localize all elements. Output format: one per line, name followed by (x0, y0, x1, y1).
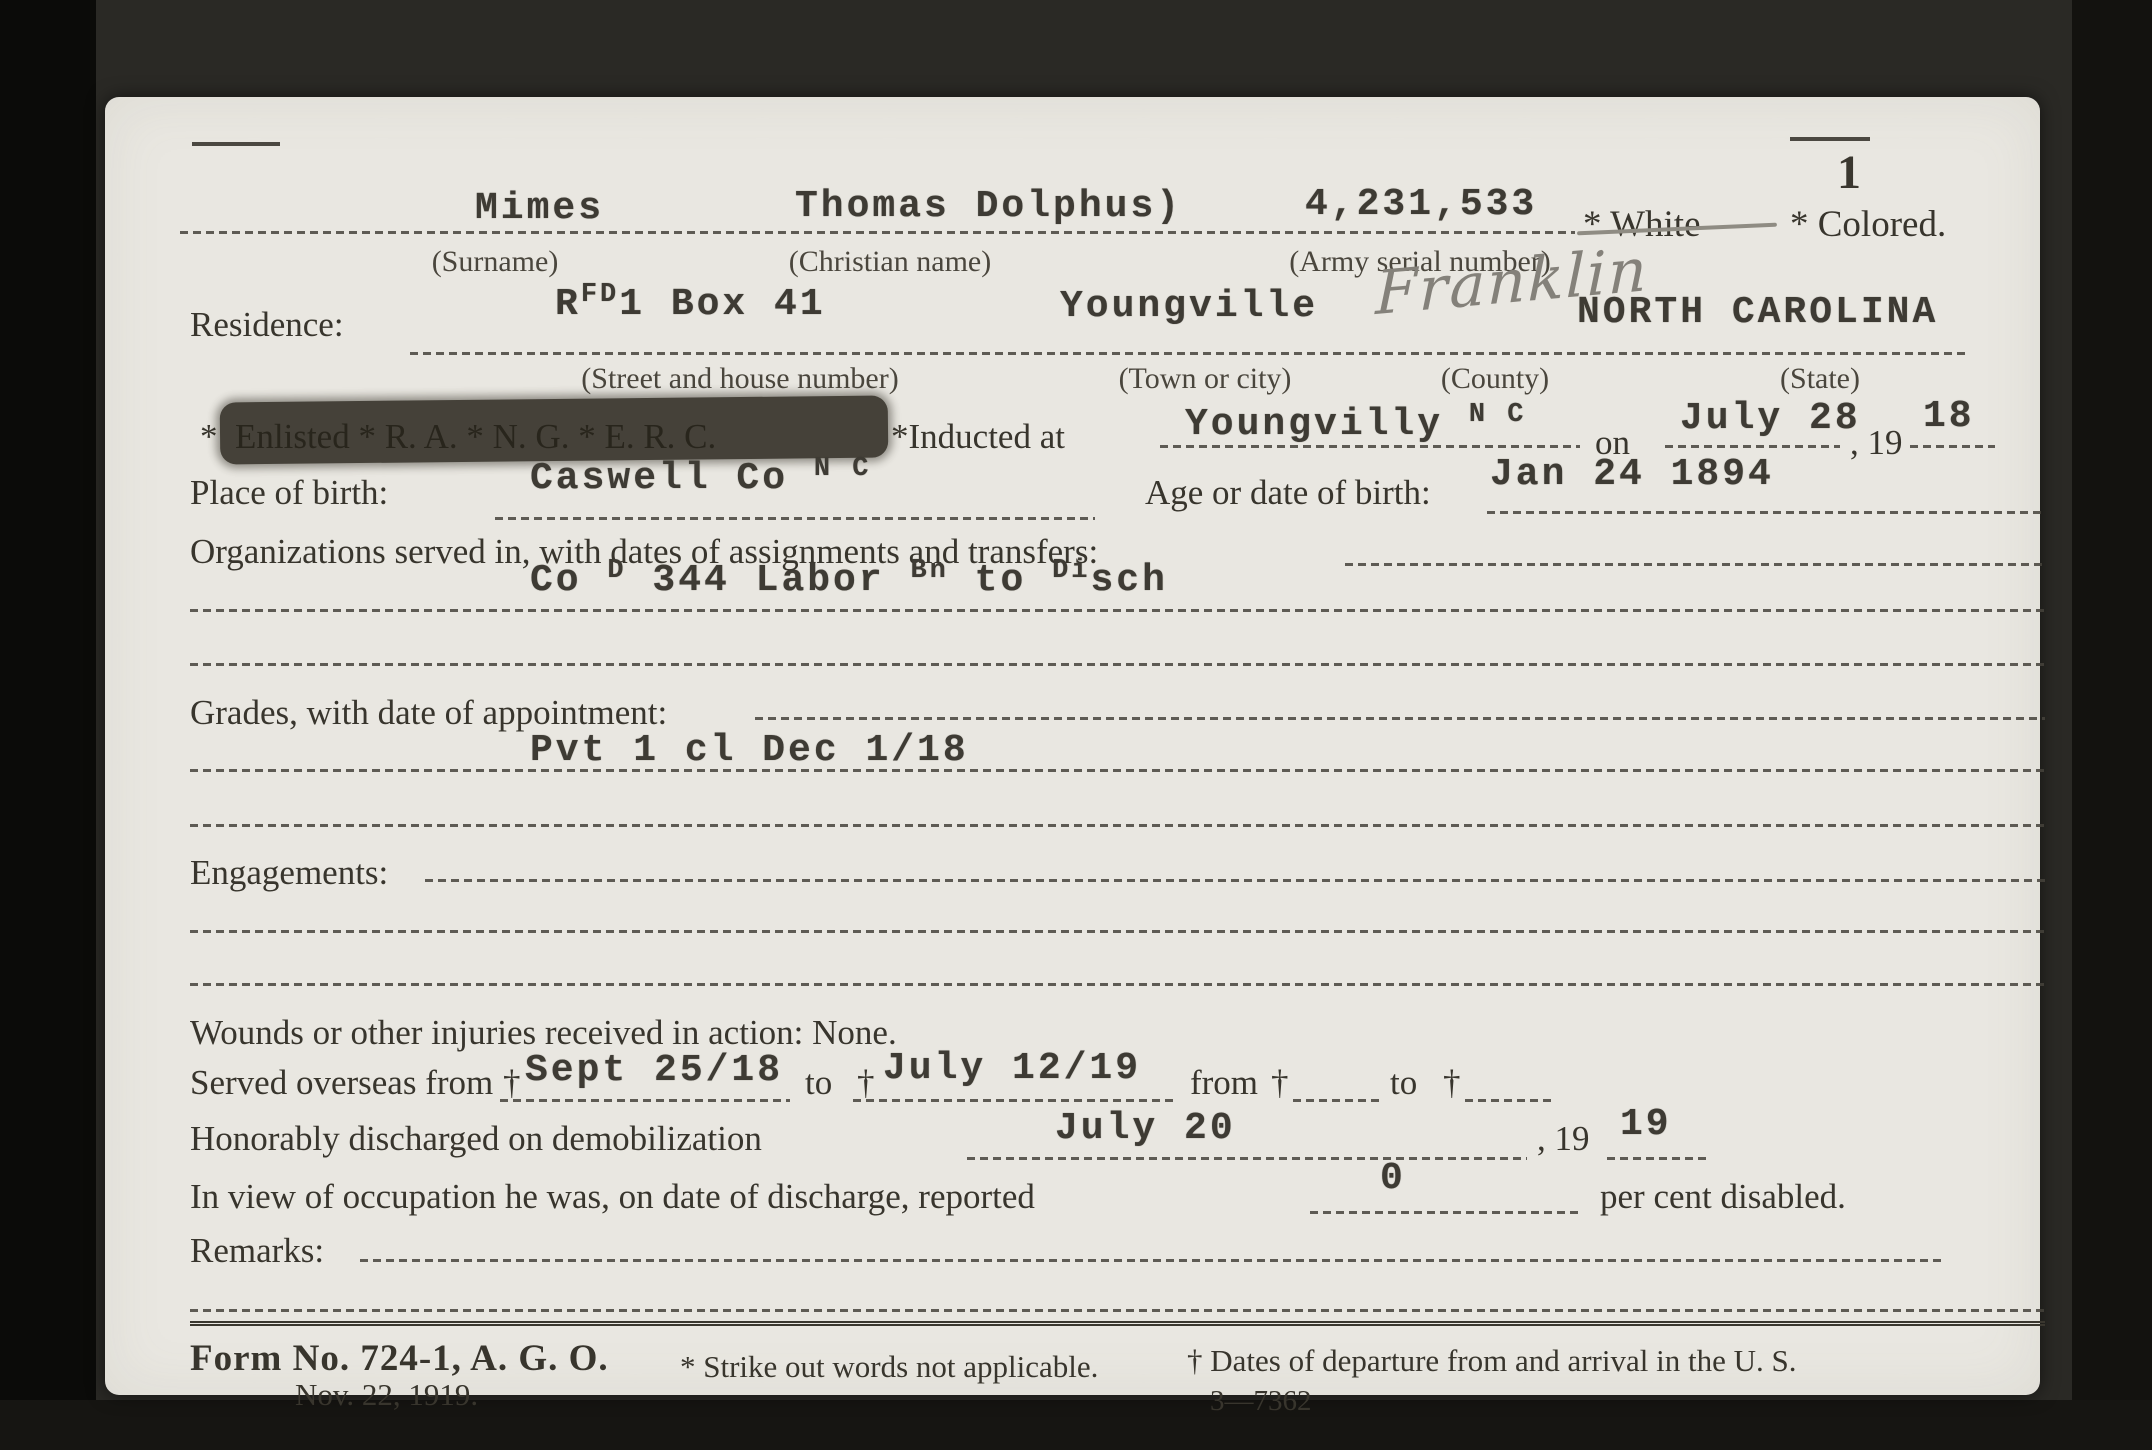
wounds-row: Wounds or other injuries received in act… (190, 1013, 897, 1053)
form-date: Nov. 22, 1919. (295, 1377, 478, 1413)
place-of-birth-label: Place of birth: (190, 473, 388, 513)
street-value: RFD1 Box 41 (555, 283, 826, 326)
induction-place-value: Youngvilly N C (1185, 403, 1526, 446)
overseas-label: Served overseas from (190, 1063, 493, 1103)
surname-value: Mimes (475, 187, 604, 230)
scan-right-border (2072, 0, 2152, 1450)
christian-name-label: (Christian name) (745, 245, 1035, 279)
disability-label: In view of occupation he was, on date of… (190, 1177, 1035, 1217)
christian-name-value: Thomas Dolphus) (795, 185, 1182, 228)
scan-background: 1 Mimes Thomas Dolphus) 4,231,533 * Whit… (0, 0, 2152, 1450)
organizations-line-2 (190, 609, 2045, 612)
name-underline (180, 231, 1575, 234)
engagements-line-3 (190, 983, 2045, 986)
induction-place-underline (1160, 445, 1580, 448)
street-label: (Street and house number) (525, 362, 955, 396)
overseas-to-date: July 12/19 (883, 1047, 1141, 1090)
grades-line-3 (190, 824, 2045, 827)
overseas-from-date: Sept 25/18 (525, 1049, 783, 1092)
residence-label: Residence: (190, 305, 344, 345)
organizations-value: Co D 344 Labor Bn to Disch (530, 559, 1168, 602)
overseas-dagger-1: † (503, 1063, 521, 1103)
grades-value: Pvt 1 cl Dec 1/18 (530, 729, 969, 772)
induction-year-underline (1910, 445, 1995, 448)
disability-underline (1310, 1211, 1580, 1214)
grades-label: Grades, with date of appointment: (190, 693, 667, 733)
grades-underline-1 (755, 717, 2045, 720)
bottom-dashed-line (190, 1309, 2045, 1312)
overseas-dagger-2: † (857, 1063, 875, 1103)
overseas-to-label-2: to (1390, 1063, 1417, 1103)
county-label: (County) (1395, 362, 1595, 396)
overseas-underline-3 (1293, 1099, 1383, 1102)
overseas-underline-4 (1465, 1099, 1555, 1102)
birth-date-value: Jan 24 1894 (1490, 453, 1774, 496)
organizations-underline-1 (1345, 563, 2045, 566)
wounds-label: Wounds or other injuries received in act… (190, 1013, 803, 1052)
grades-line-2 (190, 769, 2045, 772)
strike-note: * Strike out words not applicable. (680, 1349, 1098, 1385)
overseas-underline-2 (853, 1099, 1173, 1102)
state-value: NORTH CAROLINA (1577, 291, 1938, 334)
overseas-dagger-4: † (1443, 1063, 1461, 1103)
print-code: 3—7362 (1210, 1385, 1312, 1418)
service-record-card: 1 Mimes Thomas Dolphus) 4,231,533 * Whit… (105, 97, 2040, 1395)
top-left-mark (192, 142, 280, 146)
discharge-date-value: July 20 (1055, 1107, 1236, 1150)
overseas-to-label: to (805, 1063, 832, 1103)
page-number: 1 (1837, 145, 1861, 200)
enlistment-asterisk: * (200, 417, 218, 457)
engagements-line-2 (190, 930, 2045, 933)
race-colored-option: * Colored. (1790, 203, 1946, 246)
induction-date-underline (1665, 445, 1840, 448)
disability-suffix: per cent disabled. (1600, 1177, 1846, 1217)
discharge-year-prefix: , 19 (1537, 1119, 1590, 1159)
remarks-label: Remarks: (190, 1231, 324, 1271)
place-of-birth-value: Caswell Co N C (530, 457, 871, 500)
birth-date-underline (1487, 511, 2042, 514)
engagements-underline-1 (425, 879, 2045, 882)
engagements-label: Engagements: (190, 853, 388, 893)
inducted-at-label: *Inducted at (891, 417, 1065, 457)
overseas-from-label-2: from (1190, 1063, 1258, 1103)
form-number: Form No. 724-1, A. G. O. (190, 1337, 609, 1380)
place-of-birth-underline (495, 517, 1095, 520)
induction-year-value: 18 (1923, 395, 1975, 438)
overseas-dagger-3: † (1271, 1063, 1289, 1103)
state-label: (State) (1725, 362, 1915, 396)
disability-value: 0 (1380, 1157, 1406, 1200)
overseas-underline-1 (500, 1099, 790, 1102)
induction-year-prefix: , 19 (1850, 423, 1903, 463)
dates-note: † Dates of departure from and arrival in… (1187, 1343, 1796, 1379)
age-or-birth-date-label: Age or date of birth: (1145, 473, 1431, 513)
bottom-rule (190, 1321, 2045, 1326)
discharge-underline (967, 1157, 1527, 1160)
serial-number-value: 4,231,533 (1305, 183, 1537, 226)
induction-date-value: July 28 (1680, 397, 1861, 440)
discharge-year-underline (1607, 1157, 1707, 1160)
redaction-bar (220, 396, 889, 465)
scan-left-border (0, 0, 96, 1450)
surname-label: (Surname) (375, 245, 615, 279)
discharge-label: Honorably discharged on demobilization (190, 1119, 762, 1159)
organizations-line-3 (190, 663, 2045, 666)
town-value: Youngville (1060, 285, 1318, 328)
discharge-year-value: 19 (1620, 1103, 1672, 1146)
town-label: (Town or city) (1065, 362, 1345, 396)
remarks-underline (360, 1259, 1945, 1262)
page-number-overline (1790, 137, 1870, 141)
residence-underline (410, 352, 1965, 355)
